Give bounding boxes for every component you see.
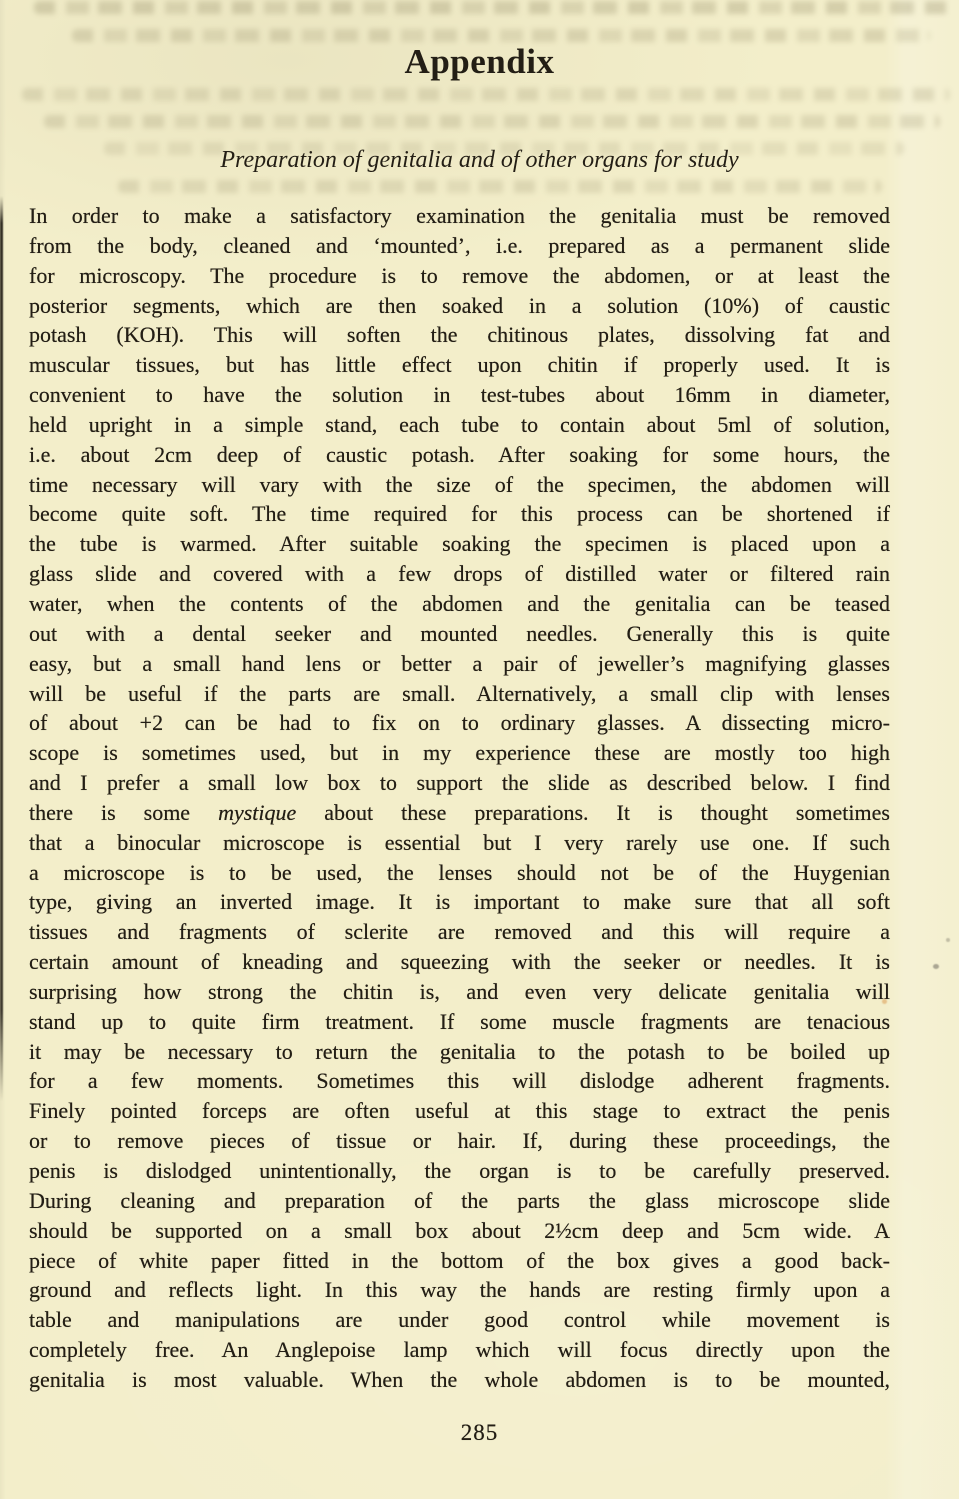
body-line: certain amount of kneading and squeezing… — [29, 947, 890, 977]
body-line: and I prefer a small low box to support … — [29, 768, 890, 798]
body-line: stand up to quite firm treatment. If som… — [29, 1007, 890, 1037]
ghost-showthrough-band — [72, 29, 930, 42]
body-line: become quite soft. The time required for… — [29, 499, 890, 529]
ghost-showthrough-band — [22, 88, 950, 101]
body-text-segment: the tube is warmed. After suitable soaki… — [29, 531, 890, 556]
body-text-segment: scope is sometimes used, but in my exper… — [29, 740, 890, 765]
body-line: scope is sometimes used, but in my exper… — [29, 738, 890, 768]
ghost-showthrough-band — [44, 115, 940, 128]
body-text-segment: Finely pointed forceps are often useful … — [29, 1098, 890, 1123]
body-line: completely free. An Anglepoise lamp whic… — [29, 1335, 890, 1365]
body-line: water, when the contents of the abdomen … — [29, 589, 890, 619]
body-text-segment: potash (KOH). This will soften the chiti… — [29, 322, 890, 347]
page-title: Appendix — [0, 44, 959, 79]
body-text-segment: muscular tissues, but has little effect … — [29, 352, 890, 377]
scan-edge-artifact — [0, 196, 3, 1101]
body-text-segment: type, giving an inverted image. It is im… — [29, 889, 890, 914]
body-text-segment: ground and reflects light. In this way t… — [29, 1277, 890, 1302]
body-line: i.e. about 2cm deep of caustic potash. A… — [29, 440, 890, 470]
body-line: out with a dental seeker and mounted nee… — [29, 619, 890, 649]
body-line: potash (KOH). This will soften the chiti… — [29, 320, 890, 350]
body-line: for microscopy. The procedure is to remo… — [29, 261, 890, 291]
body-text-segment: mystique — [218, 800, 296, 825]
body-line: surprising how strong the chitin is, and… — [29, 977, 890, 1007]
body-text-segment: penis is dislodged unintentionally, the … — [29, 1158, 890, 1183]
body-text-segment: that a binocular microscope is essential… — [29, 830, 890, 855]
body-line: time necessary will vary with the size o… — [29, 470, 890, 500]
body-text-segment: become quite soft. The time required for… — [29, 501, 890, 526]
body-line: ground and reflects light. In this way t… — [29, 1275, 890, 1305]
body-text-segment: In order to make a satisfactory examinat… — [29, 203, 890, 228]
body-line: type, giving an inverted image. It is im… — [29, 887, 890, 917]
body-text-segment: convenient to have the solution in test-… — [29, 382, 890, 407]
section-heading: Preparation of genitalia and of other or… — [0, 147, 959, 173]
body-line: of about +2 can be had to fix on to ordi… — [29, 708, 890, 738]
body-text-segment: posterior segments, which are then soake… — [29, 293, 890, 318]
body-text-segment: surprising how strong the chitin is, and… — [29, 979, 890, 1004]
body-line: glass slide and covered with a few drops… — [29, 559, 890, 589]
body-text-segment: a microscope is to be used, the lenses s… — [29, 860, 890, 885]
body-line: that a binocular microscope is essential… — [29, 828, 890, 858]
body-line: a microscope is to be used, the lenses s… — [29, 858, 890, 888]
book-page: Appendix Preparation of genitalia and of… — [0, 0, 959, 1499]
paper-speck — [933, 964, 939, 969]
body-text-segment: will be useful if the parts are small. A… — [29, 681, 890, 706]
body-text-segment: or to remove pieces of tissue or hair. I… — [29, 1128, 890, 1153]
body-line: During cleaning and preparation of the p… — [29, 1186, 890, 1216]
body-line: from the body, cleaned and ‘mounted’, i.… — [29, 231, 890, 261]
body-text-segment: i.e. about 2cm deep of caustic potash. A… — [29, 442, 890, 467]
body-text-segment: for microscopy. The procedure is to remo… — [29, 263, 890, 288]
body-text-segment: should be supported on a small box about… — [29, 1218, 890, 1243]
body-text-segment: completely free. An Anglepoise lamp whic… — [29, 1337, 890, 1362]
body-text-segment: glass slide and covered with a few drops… — [29, 561, 890, 586]
body-line: tissues and fragments of sclerite are re… — [29, 917, 890, 947]
page-number: 285 — [0, 1420, 959, 1446]
body-text-segment: certain amount of kneading and squeezing… — [29, 949, 890, 974]
body-line: muscular tissues, but has little effect … — [29, 350, 890, 380]
body-text-segment: table and manipulations are under good c… — [29, 1307, 890, 1332]
body-line: will be useful if the parts are small. A… — [29, 679, 890, 709]
body-line: it may be necessary to return the genita… — [29, 1037, 890, 1067]
body-line: genitalia is most valuable. When the who… — [29, 1365, 890, 1395]
body-line: piece of white paper fitted in the botto… — [29, 1246, 890, 1276]
body-text-segment: piece of white paper fitted in the botto… — [29, 1248, 890, 1273]
body-text-segment: for a few moments. Sometimes this will d… — [29, 1068, 890, 1093]
body-line: for a few moments. Sometimes this will d… — [29, 1066, 890, 1096]
body-line: convenient to have the solution in test-… — [29, 380, 890, 410]
body-text-segment: about these preparations. It is thought … — [296, 800, 890, 825]
ghost-showthrough-band — [118, 180, 882, 193]
body-text-segment: of about +2 can be had to fix on to ordi… — [29, 710, 890, 735]
ghost-showthrough-band — [34, 1, 950, 14]
body-text-segment: out with a dental seeker and mounted nee… — [29, 621, 890, 646]
body-text-segment: tissues and fragments of sclerite are re… — [29, 919, 890, 944]
body-line: In order to make a satisfactory examinat… — [29, 201, 890, 231]
body-text-segment: easy, but a small hand lens or better a … — [29, 651, 890, 676]
body-line: table and manipulations are under good c… — [29, 1305, 890, 1335]
body-text-segment: water, when the contents of the abdomen … — [29, 591, 890, 616]
body-text-segment: genitalia is most valuable. When the who… — [29, 1367, 890, 1392]
body-text-segment: stand up to quite firm treatment. If som… — [29, 1009, 890, 1034]
body-text: In order to make a satisfactory examinat… — [29, 201, 890, 1395]
body-text-segment: from the body, cleaned and ‘mounted’, i.… — [29, 233, 890, 258]
body-line: easy, but a small hand lens or better a … — [29, 649, 890, 679]
body-line: posterior segments, which are then soake… — [29, 291, 890, 321]
body-text-segment: time necessary will vary with the size o… — [29, 472, 890, 497]
body-text-segment: it may be necessary to return the genita… — [29, 1039, 890, 1064]
body-line: the tube is warmed. After suitable soaki… — [29, 529, 890, 559]
paper-speck — [946, 938, 950, 942]
body-line: held upright in a simple stand, each tub… — [29, 410, 890, 440]
body-line: penis is dislodged unintentionally, the … — [29, 1156, 890, 1186]
body-line: or to remove pieces of tissue or hair. I… — [29, 1126, 890, 1156]
body-line: there is some mystique about these prepa… — [29, 798, 890, 828]
body-text-segment: During cleaning and preparation of the p… — [29, 1188, 890, 1213]
body-text-segment: there is some — [29, 800, 218, 825]
body-text-segment: held upright in a simple stand, each tub… — [29, 412, 890, 437]
body-line: Finely pointed forceps are often useful … — [29, 1096, 890, 1126]
body-text-segment: and I prefer a small low box to support … — [29, 770, 890, 795]
body-line: should be supported on a small box about… — [29, 1216, 890, 1246]
